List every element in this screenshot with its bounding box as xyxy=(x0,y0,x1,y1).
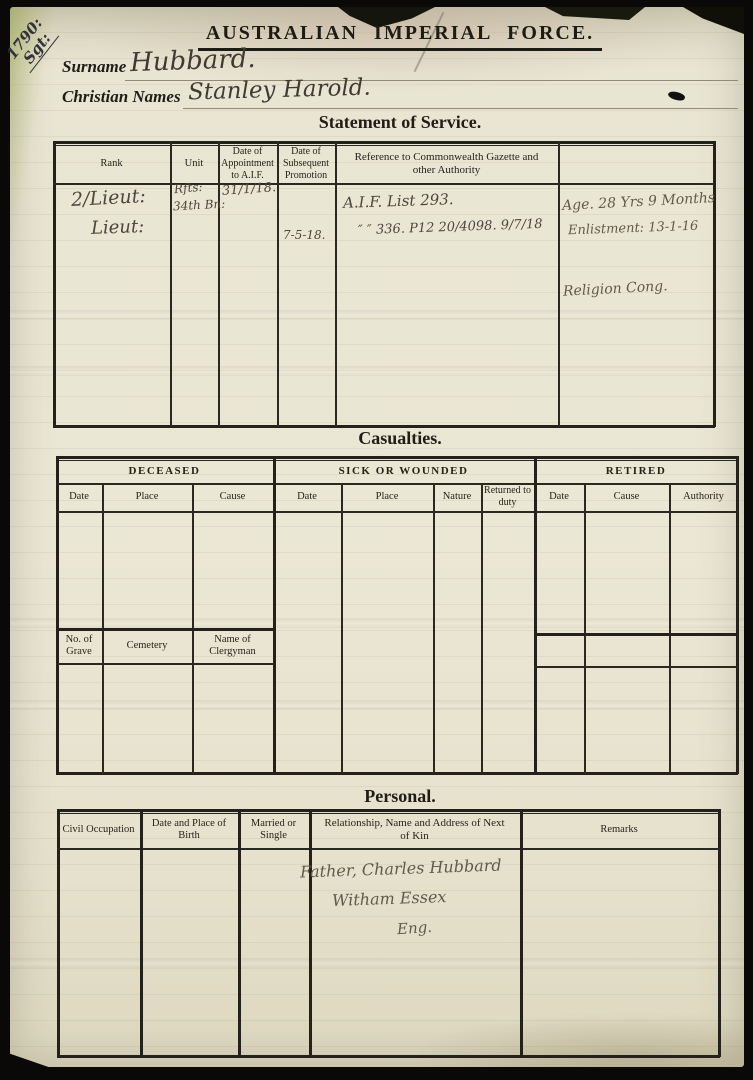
column-line xyxy=(335,141,337,427)
authority-note-3: Religion Cong. xyxy=(563,278,668,299)
retired-band-line xyxy=(534,666,738,668)
reference-entry-1: A.I.F. List 293. xyxy=(343,190,454,212)
column-line xyxy=(481,483,483,774)
unit-entry-1: Rfts: xyxy=(173,180,203,196)
unit-entry-2: 34th Bn: xyxy=(173,197,226,214)
column-header-unit: Unit xyxy=(170,146,218,182)
personal-col-birth: Date and Place of Birth xyxy=(144,814,234,846)
column-line xyxy=(341,483,343,774)
rank-entry-2: Lieut: xyxy=(91,216,145,239)
column-line xyxy=(558,141,560,427)
clergyman-col-header: Name of Clergyman xyxy=(192,630,273,662)
grave-col-header: No. of Grave xyxy=(56,630,102,662)
surname-value: Hubbard. xyxy=(130,44,257,78)
table-border-top xyxy=(53,141,715,144)
column-header-separator xyxy=(56,511,738,513)
table-border-right xyxy=(718,809,721,1057)
sick-col-returned: Returned to duty xyxy=(481,483,534,511)
personal-col-remarks: Remarks xyxy=(520,814,718,846)
form-title: AUSTRALIAN IMPERIAL FORCE. xyxy=(195,22,605,51)
form-title-text: AUSTRALIAN IMPERIAL FORCE. xyxy=(198,22,602,51)
reference-entry-2: ″ ″ 336. P12 20/4098. 9/7/18 xyxy=(358,217,543,238)
table-border-top xyxy=(56,456,738,459)
personal-col-occupation: Civil Occupation xyxy=(57,814,140,846)
table-border-top xyxy=(57,809,720,812)
deceased-col-cause: Cause xyxy=(192,485,273,510)
column-line xyxy=(584,483,586,774)
casualties-table: DECEASED SICK OR WOUNDED RETIRED Date Pl… xyxy=(56,456,738,774)
grave-band-bottom xyxy=(56,663,275,665)
promotion-entry: 7-5-18. xyxy=(283,228,325,242)
personal-col-kin: Relationship, Name and Address of Next o… xyxy=(319,814,510,846)
deceased-col-place: Place xyxy=(102,485,192,510)
sick-col-place: Place xyxy=(341,485,433,510)
personal-table: Civil Occupation Date and Place of Birth… xyxy=(57,809,720,1057)
kin-entry-1: Father, Charles Hubbard xyxy=(300,855,502,881)
group-header-retired: RETIRED xyxy=(534,460,738,483)
christian-names-value: Stanley Harold. xyxy=(188,75,371,106)
column-header-reference: Reference to Commonwealth Gazette and ot… xyxy=(345,146,548,182)
surname-label: Surname xyxy=(62,57,126,77)
christian-names-line xyxy=(183,108,738,109)
authority-note-2: Enlistment: 13-1-16 xyxy=(568,219,699,239)
column-line xyxy=(238,809,241,1057)
header-separator xyxy=(57,848,720,850)
column-header-rank: Rank xyxy=(53,146,170,182)
casualties-title: Casualties. xyxy=(300,428,500,449)
retired-col-date: Date xyxy=(534,485,584,510)
column-line xyxy=(669,483,671,774)
sick-col-date: Date xyxy=(273,485,341,510)
rank-entry-1: 2/Lieut: xyxy=(70,185,146,211)
kin-entry-3: Eng. xyxy=(396,918,432,938)
cemetery-col-header: Cemetery xyxy=(102,630,192,662)
authority-note-1: Age. 28 Yrs 9 Months xyxy=(562,190,716,214)
retired-col-cause: Cause xyxy=(584,485,669,510)
group-header-deceased: DECEASED xyxy=(56,460,273,483)
header-separator xyxy=(53,183,715,185)
personal-col-married: Married or Single xyxy=(242,814,305,846)
column-line xyxy=(309,809,312,1057)
deceased-col-date: Date xyxy=(56,485,102,510)
column-header-appointment: Date of Appointment to A.I.F. xyxy=(219,144,276,184)
column-line xyxy=(170,141,172,427)
group-header-sick: SICK OR WOUNDED xyxy=(273,460,534,483)
table-border-left xyxy=(57,809,60,1057)
column-line xyxy=(433,483,435,774)
table-border-bottom xyxy=(56,772,738,775)
statement-of-service-title: Statement of Service. xyxy=(280,112,520,133)
appointment-entry: 31/1/18. xyxy=(222,180,277,199)
scanned-document-page: 1790: Sgt: AUSTRALIAN IMPERIAL FORCE. Su… xyxy=(0,0,753,1080)
statement-of-service-table: Rank Unit Date of Appointment to A.I.F. … xyxy=(53,141,715,427)
personal-title: Personal. xyxy=(300,786,500,807)
column-header-promotion: Date of Subsequent Promotion xyxy=(278,144,334,184)
christian-names-label: Christian Names xyxy=(62,87,181,107)
column-line xyxy=(140,809,143,1057)
retired-col-authority: Authority xyxy=(669,485,738,510)
column-line xyxy=(520,809,523,1057)
kin-entry-2: Witham Essex xyxy=(332,887,447,910)
sick-col-nature: Nature xyxy=(433,485,481,510)
table-border-bottom xyxy=(57,1055,720,1058)
retired-band-line xyxy=(534,633,738,636)
